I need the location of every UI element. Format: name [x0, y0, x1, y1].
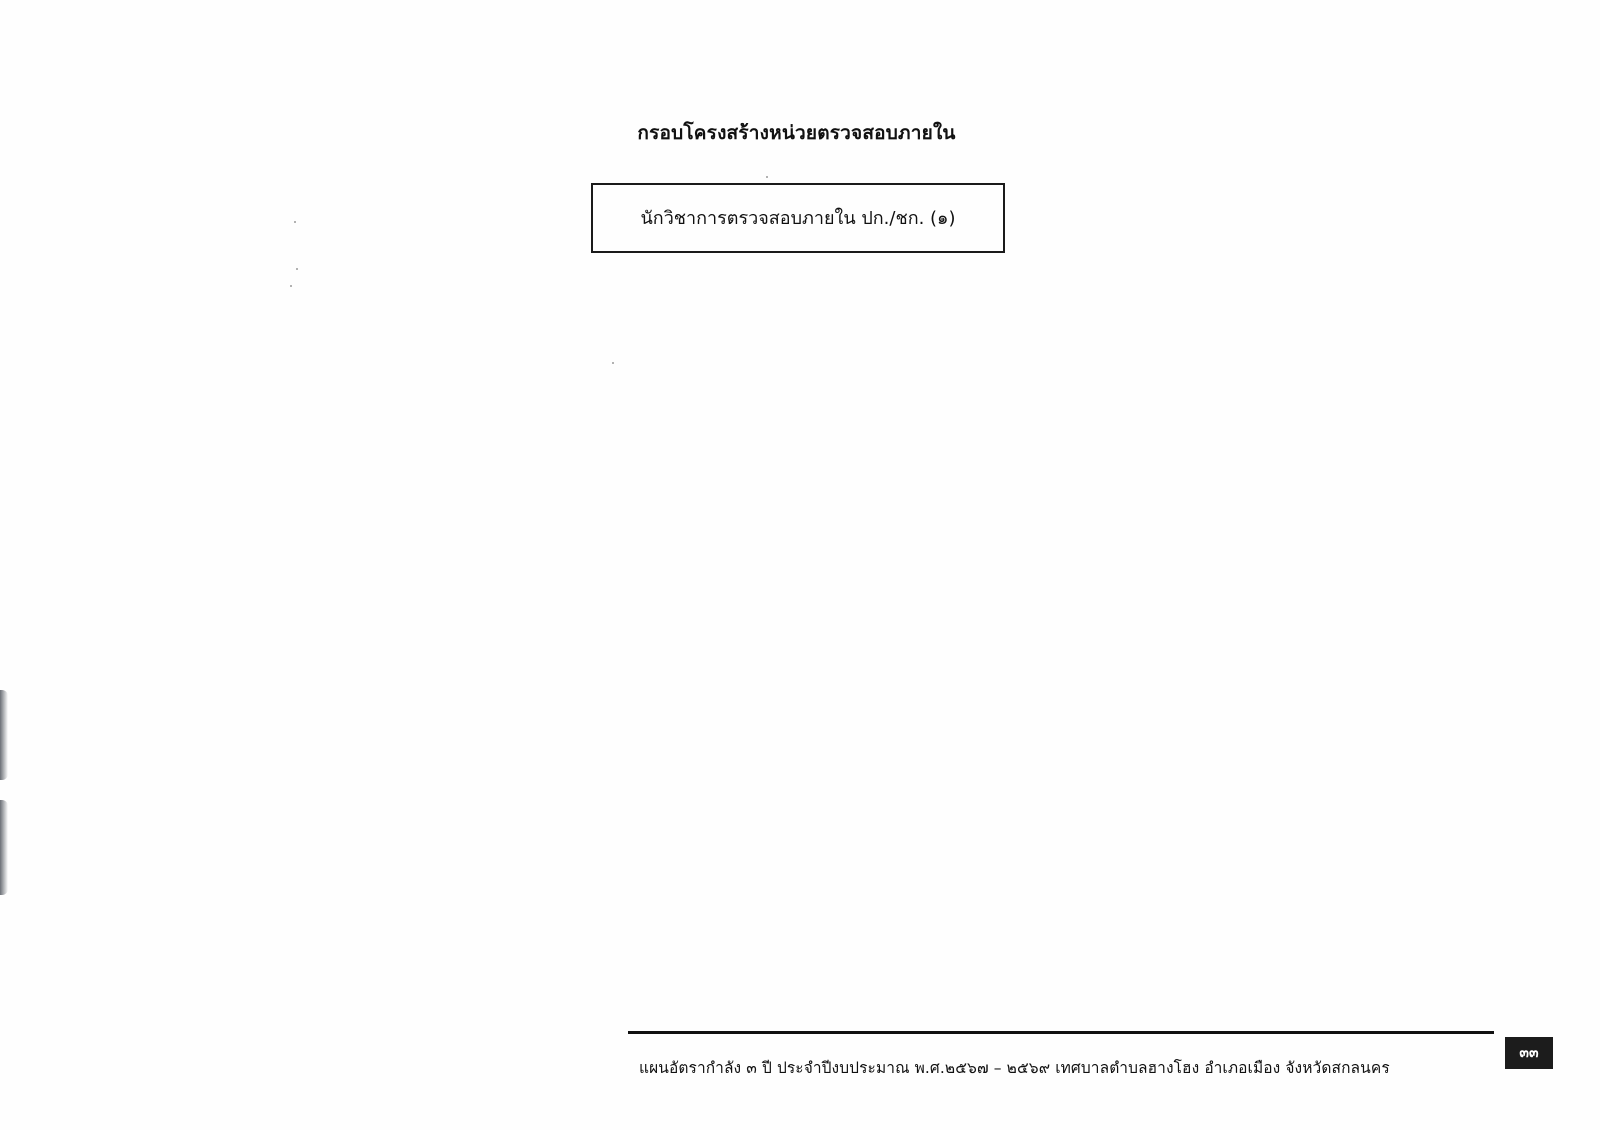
footer-text: แผนอัตรากำลัง ๓ ปี ประจำปีงบประมาณ พ.ศ.๒…: [639, 1055, 1390, 1080]
binding-hole-shadow: [0, 690, 8, 780]
scan-speck: [290, 285, 292, 287]
page-title-text: กรอบโครงสร้างหน่วยตรวจสอบภายใน: [637, 118, 955, 148]
scan-speck: [296, 268, 298, 270]
page-number: ๓๓: [1519, 1042, 1538, 1064]
org-chart-position-box: นักวิชาการตรวจสอบภายใน ปก./ชก. (๑): [591, 183, 1005, 253]
scan-speck: [294, 221, 296, 223]
footer-divider: [628, 1031, 1494, 1034]
position-label: นักวิชาการตรวจสอบภายใน ปก./ชก. (๑): [593, 203, 1003, 232]
binding-hole-shadow: [0, 800, 8, 895]
page-title: กรอบโครงสร้างหน่วยตรวจสอบภายใน: [0, 118, 1600, 148]
document-page: กรอบโครงสร้างหน่วยตรวจสอบภายใน นักวิชากา…: [0, 0, 1600, 1130]
page-number-badge: ๓๓: [1505, 1037, 1553, 1069]
scan-speck: [766, 176, 768, 178]
scan-speck: [612, 362, 614, 364]
